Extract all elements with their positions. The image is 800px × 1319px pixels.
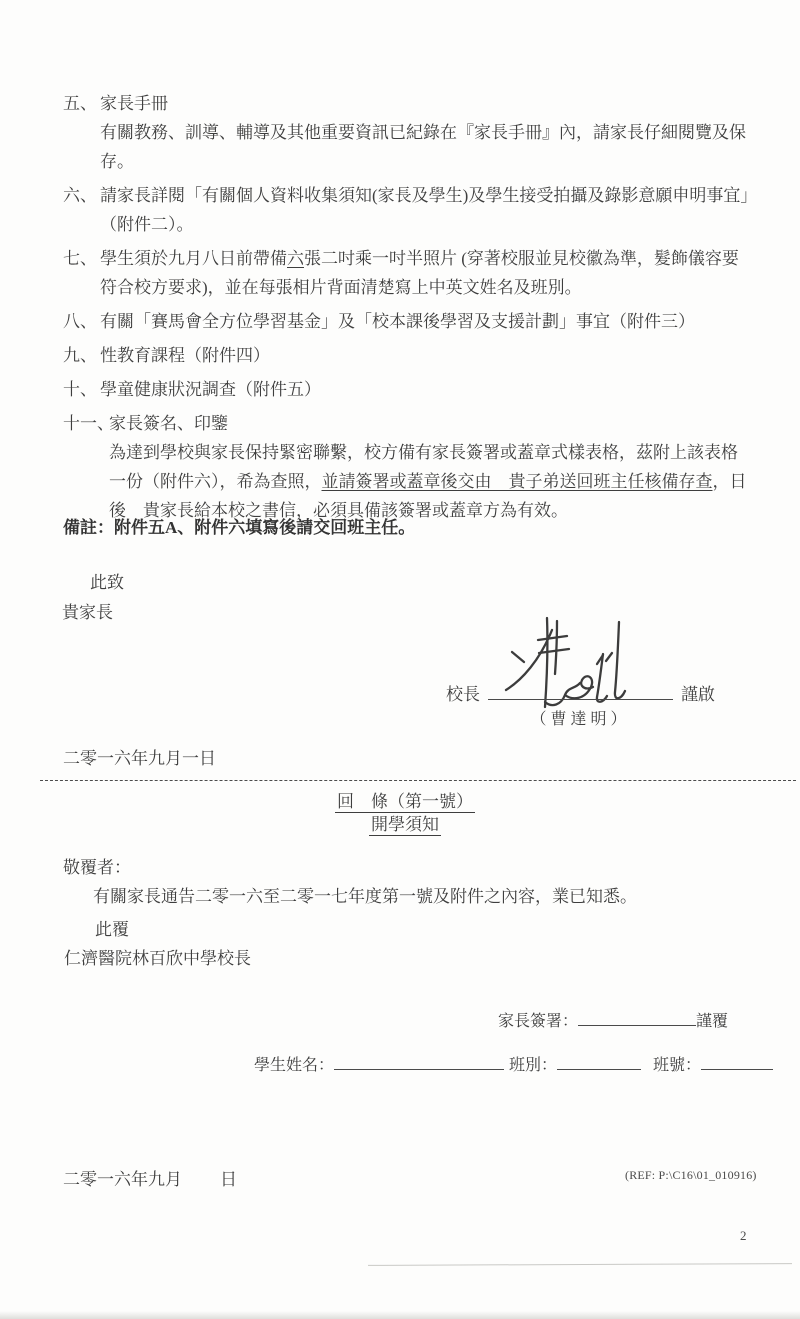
- class-blank: [557, 1052, 641, 1070]
- principal-signature-row: 校長謹啟: [446, 680, 715, 705]
- item-body: 有關「賽馬會全方位學習基金」及「校本課後學習及支援計劃」事宜（附件三）: [100, 307, 749, 336]
- item-text: 學生須於九月八日前帶備: [100, 249, 287, 268]
- reply-slip-subtitle: 開學須知: [369, 815, 441, 836]
- class-label: 班別：: [509, 1057, 557, 1074]
- reply-closing: 此覆: [95, 915, 129, 940]
- notice-item-8: 八、 有關「賽馬會全方位學習基金」及「校本課後學習及支援計劃」事宜（附件三）: [63, 307, 749, 336]
- reply-slip-heading: 回 條（第一號） 開學須知: [0, 790, 800, 836]
- scanned-notice-page: 五、 家長手冊 有關教務、訓導、輔導及其他重要資訊已紀錄在『家長手冊』內，請家長…: [0, 0, 800, 1319]
- reply-slip-title-line: 回 條（第一號）: [0, 790, 800, 813]
- reply-salutation: 敬覆者：: [63, 853, 131, 878]
- parent-sign-label: 家長簽署：: [498, 1013, 578, 1030]
- notice-item-list: 五、 家長手冊 有關教務、訓導、輔導及其他重要資訊已紀錄在『家長手冊』內，請家長…: [63, 89, 749, 530]
- item-title: 家長簽名、印鑒: [109, 409, 749, 438]
- student-name-blank: [334, 1052, 504, 1070]
- reply-date-prefix: 二零一六年九月: [63, 1170, 182, 1189]
- principal-name: （曹達明）: [488, 706, 673, 729]
- item-number: 五、: [63, 89, 97, 118]
- item-body: 學童健康狀況調查（附件五）: [100, 375, 749, 404]
- student-info-fields: 學生姓名：班別：班號：: [254, 1052, 773, 1075]
- addressee-line: 貴家長: [62, 598, 113, 623]
- item-body: 為達到學校與家長保持緊密聯繫，校方備有家長簽署或蓋章式樣表格，茲附上該表格一份（…: [109, 438, 749, 525]
- underline-segment: 並請簽署或蓋章後交由 貴子弟送回班主任核備存查: [322, 472, 713, 491]
- notice-item-7: 七、 學生須於九月八日前帶備六張二吋乘一吋半照片 (穿著校服並見校徽為準，髮飾儀…: [63, 244, 749, 302]
- class-no-blank: [701, 1052, 773, 1070]
- parent-sign-suffix: 謹覆: [696, 1013, 728, 1030]
- reply-date-line: 二零一六年九月日: [63, 1165, 237, 1190]
- item-number: 七、: [63, 244, 97, 273]
- item-number: 六、: [63, 181, 97, 210]
- reply-date-suffix: 日: [220, 1170, 237, 1189]
- item-number: 十、: [63, 375, 97, 404]
- item-body: 學生須於九月八日前帶備六張二吋乘一吋半照片 (穿著校服並見校徽為準，髮飾儀容要符…: [100, 244, 749, 302]
- underline-segment: 六: [287, 249, 304, 268]
- reply-slip-title: 回 條（第一號）: [335, 792, 475, 813]
- item-number: 九、: [63, 341, 97, 370]
- page-number: 2: [740, 1228, 747, 1244]
- item-body: 性教育課程（附件四）: [100, 341, 749, 370]
- student-name-label: 學生姓名：: [254, 1057, 334, 1074]
- principal-signature-blank: [488, 681, 673, 700]
- tear-off-divider: [40, 780, 796, 781]
- notice-item-9: 九、 性教育課程（附件四）: [63, 341, 749, 370]
- salute-line: 此致: [90, 568, 124, 593]
- principal-label: 校長: [446, 685, 480, 704]
- parent-signature-field: 家長簽署：謹覆: [498, 1008, 728, 1031]
- document-ref: (REF: P:\C16\01_010916): [625, 1168, 757, 1183]
- parent-signature-blank: [578, 1008, 696, 1026]
- notice-item-6: 六、 請家長詳閱「有關個人資料收集須知(家長及學生)及學生接受拍攝及錄影意願申明…: [63, 181, 749, 239]
- scan-artifact-line: [368, 1263, 792, 1266]
- item-number: 十一、: [63, 409, 114, 438]
- reply-body: 有關家長通告二零一六至二零一七年度第一號及附件之內容，業已知悉。: [93, 882, 637, 907]
- notice-item-10: 十、 學童健康狀況調查（附件五）: [63, 375, 749, 404]
- item-title: 家長手冊: [100, 89, 749, 118]
- reply-slip-subtitle-line: 開學須知: [0, 813, 800, 836]
- notice-item-5: 五、 家長手冊 有關教務、訓導、輔導及其他重要資訊已紀錄在『家長手冊』內，請家長…: [63, 89, 749, 176]
- class-no-label: 班號：: [653, 1057, 701, 1074]
- notice-item-11: 十一、 家長簽名、印鑒 為達到學校與家長保持緊密聯繫，校方備有家長簽署或蓋章式樣…: [63, 409, 749, 525]
- remark-line: 備註：附件五A、附件六填寫後請交回班主任。: [63, 513, 415, 538]
- notice-date: 二零一六年九月一日: [63, 744, 216, 769]
- item-body: 有關教務、訓導、輔導及其他重要資訊已紀錄在『家長手冊』內，請家長仔細閱覽及保存。: [100, 118, 749, 176]
- reply-addressee: 仁濟醫院林百欣中學校長: [64, 944, 251, 969]
- item-number: 八、: [63, 307, 97, 336]
- principal-suffix: 謹啟: [681, 685, 715, 704]
- item-body: 請家長詳閱「有關個人資料收集須知(家長及學生)及學生接受拍攝及錄影意願申明事宜」…: [100, 181, 749, 239]
- scan-bottom-edge: [0, 1311, 800, 1319]
